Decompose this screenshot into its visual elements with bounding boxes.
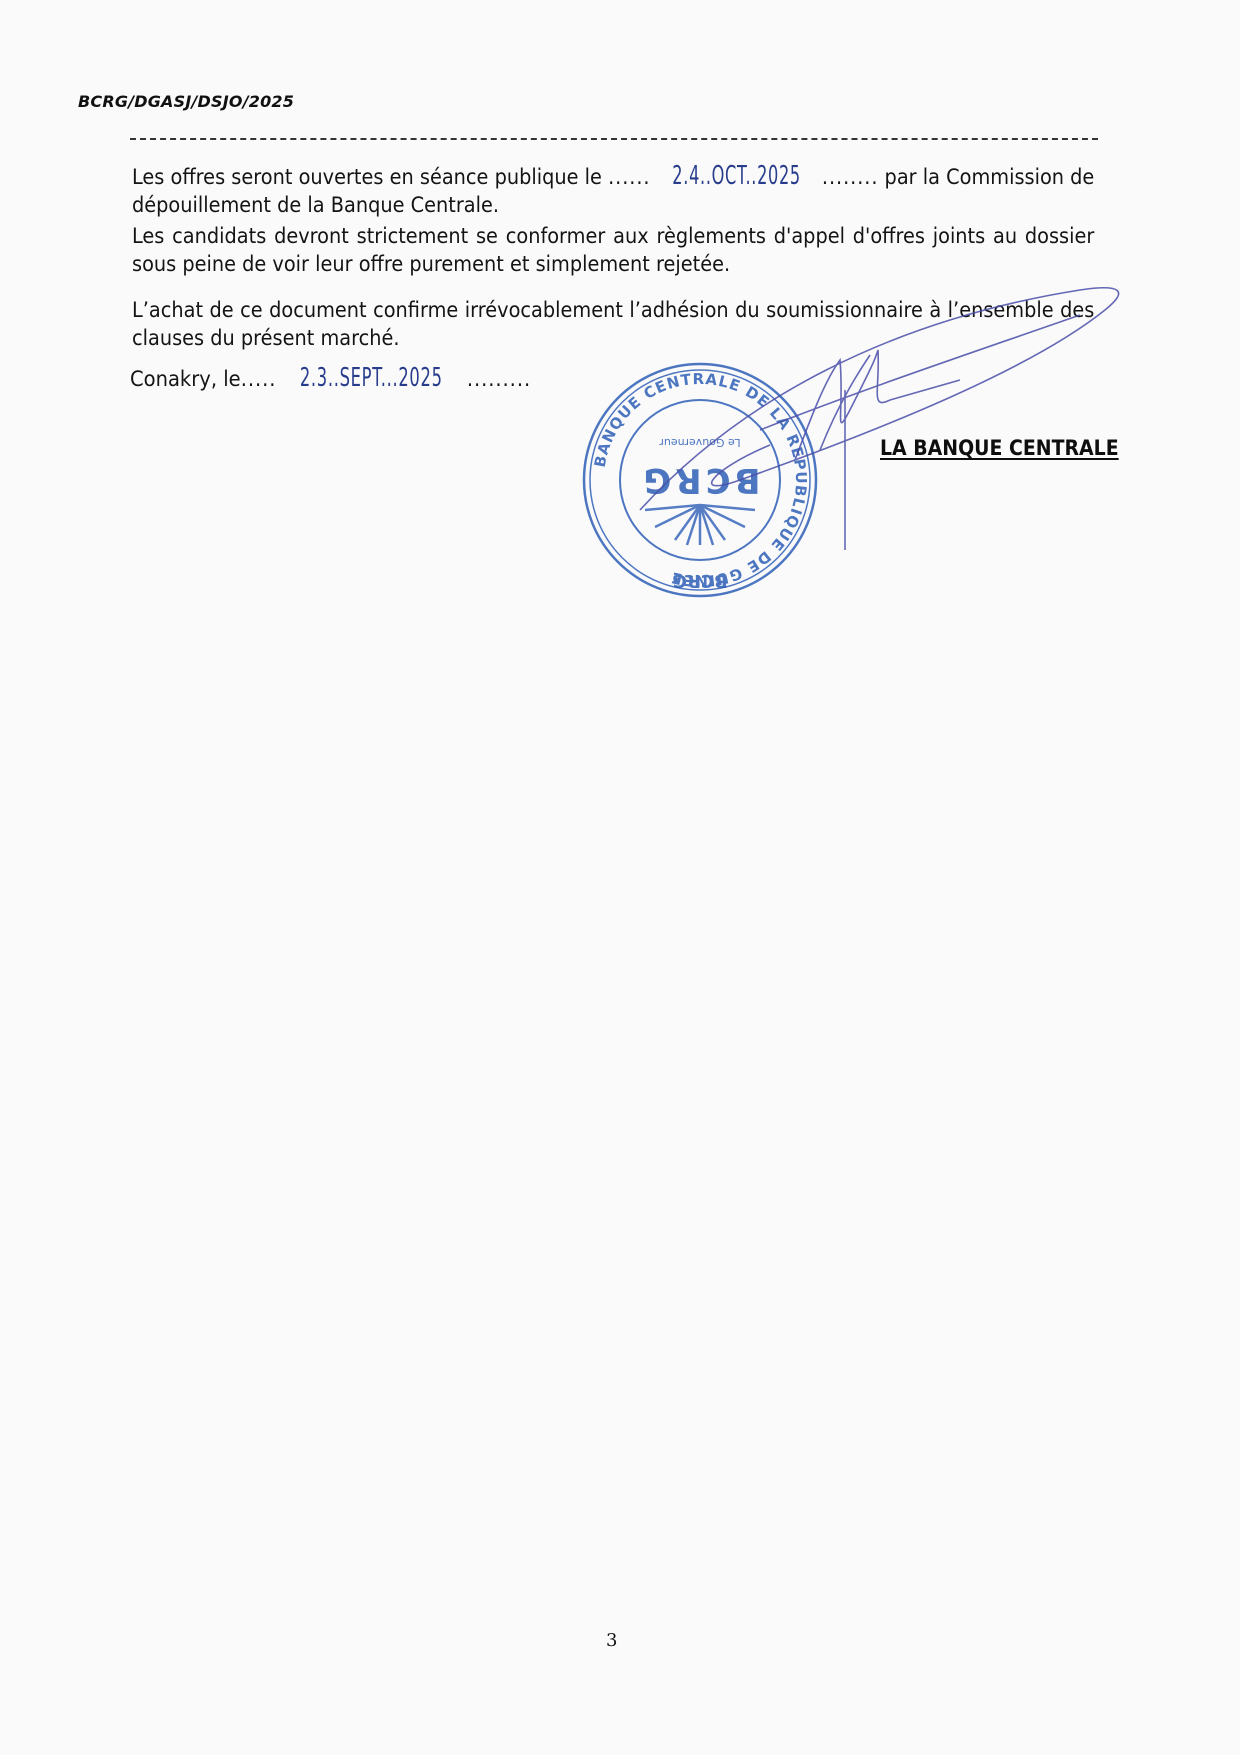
fill-dots: ........ [822,165,878,189]
paragraph-text: Les offres seront ouvertes en séance pub… [132,165,608,189]
signatory-title: LA BANQUE CENTRALE [880,436,1119,460]
fill-dots: ...... [608,165,650,189]
document-reference: BCRG/DGASJ/DSJO/2025 [78,92,294,111]
handwritten-opening-date: 2.4..OCT..2025 [672,162,801,190]
paragraph-compliance: Les candidats devront strictement se con… [132,222,1094,278]
svg-text:BCRG: BCRG [672,570,728,591]
handwritten-signing-date: 2.3..SEPT...2025 [300,364,443,392]
dashed-separator [130,138,1098,140]
paragraph-opening-session: Les offres seront ouvertes en séance pub… [132,162,1094,219]
fill-dots: ..... [241,367,277,391]
signature-icon [560,280,1180,560]
page-number: 3 [606,1630,617,1651]
document-page: BCRG/DGASJ/DSJO/2025 Les offres seront o… [0,0,1240,1755]
place-label: Conakry, le [130,367,241,391]
fill-dots: ......... [467,367,531,391]
place-and-date: Conakry, le.....2.3..SEPT...2025........… [130,364,531,393]
